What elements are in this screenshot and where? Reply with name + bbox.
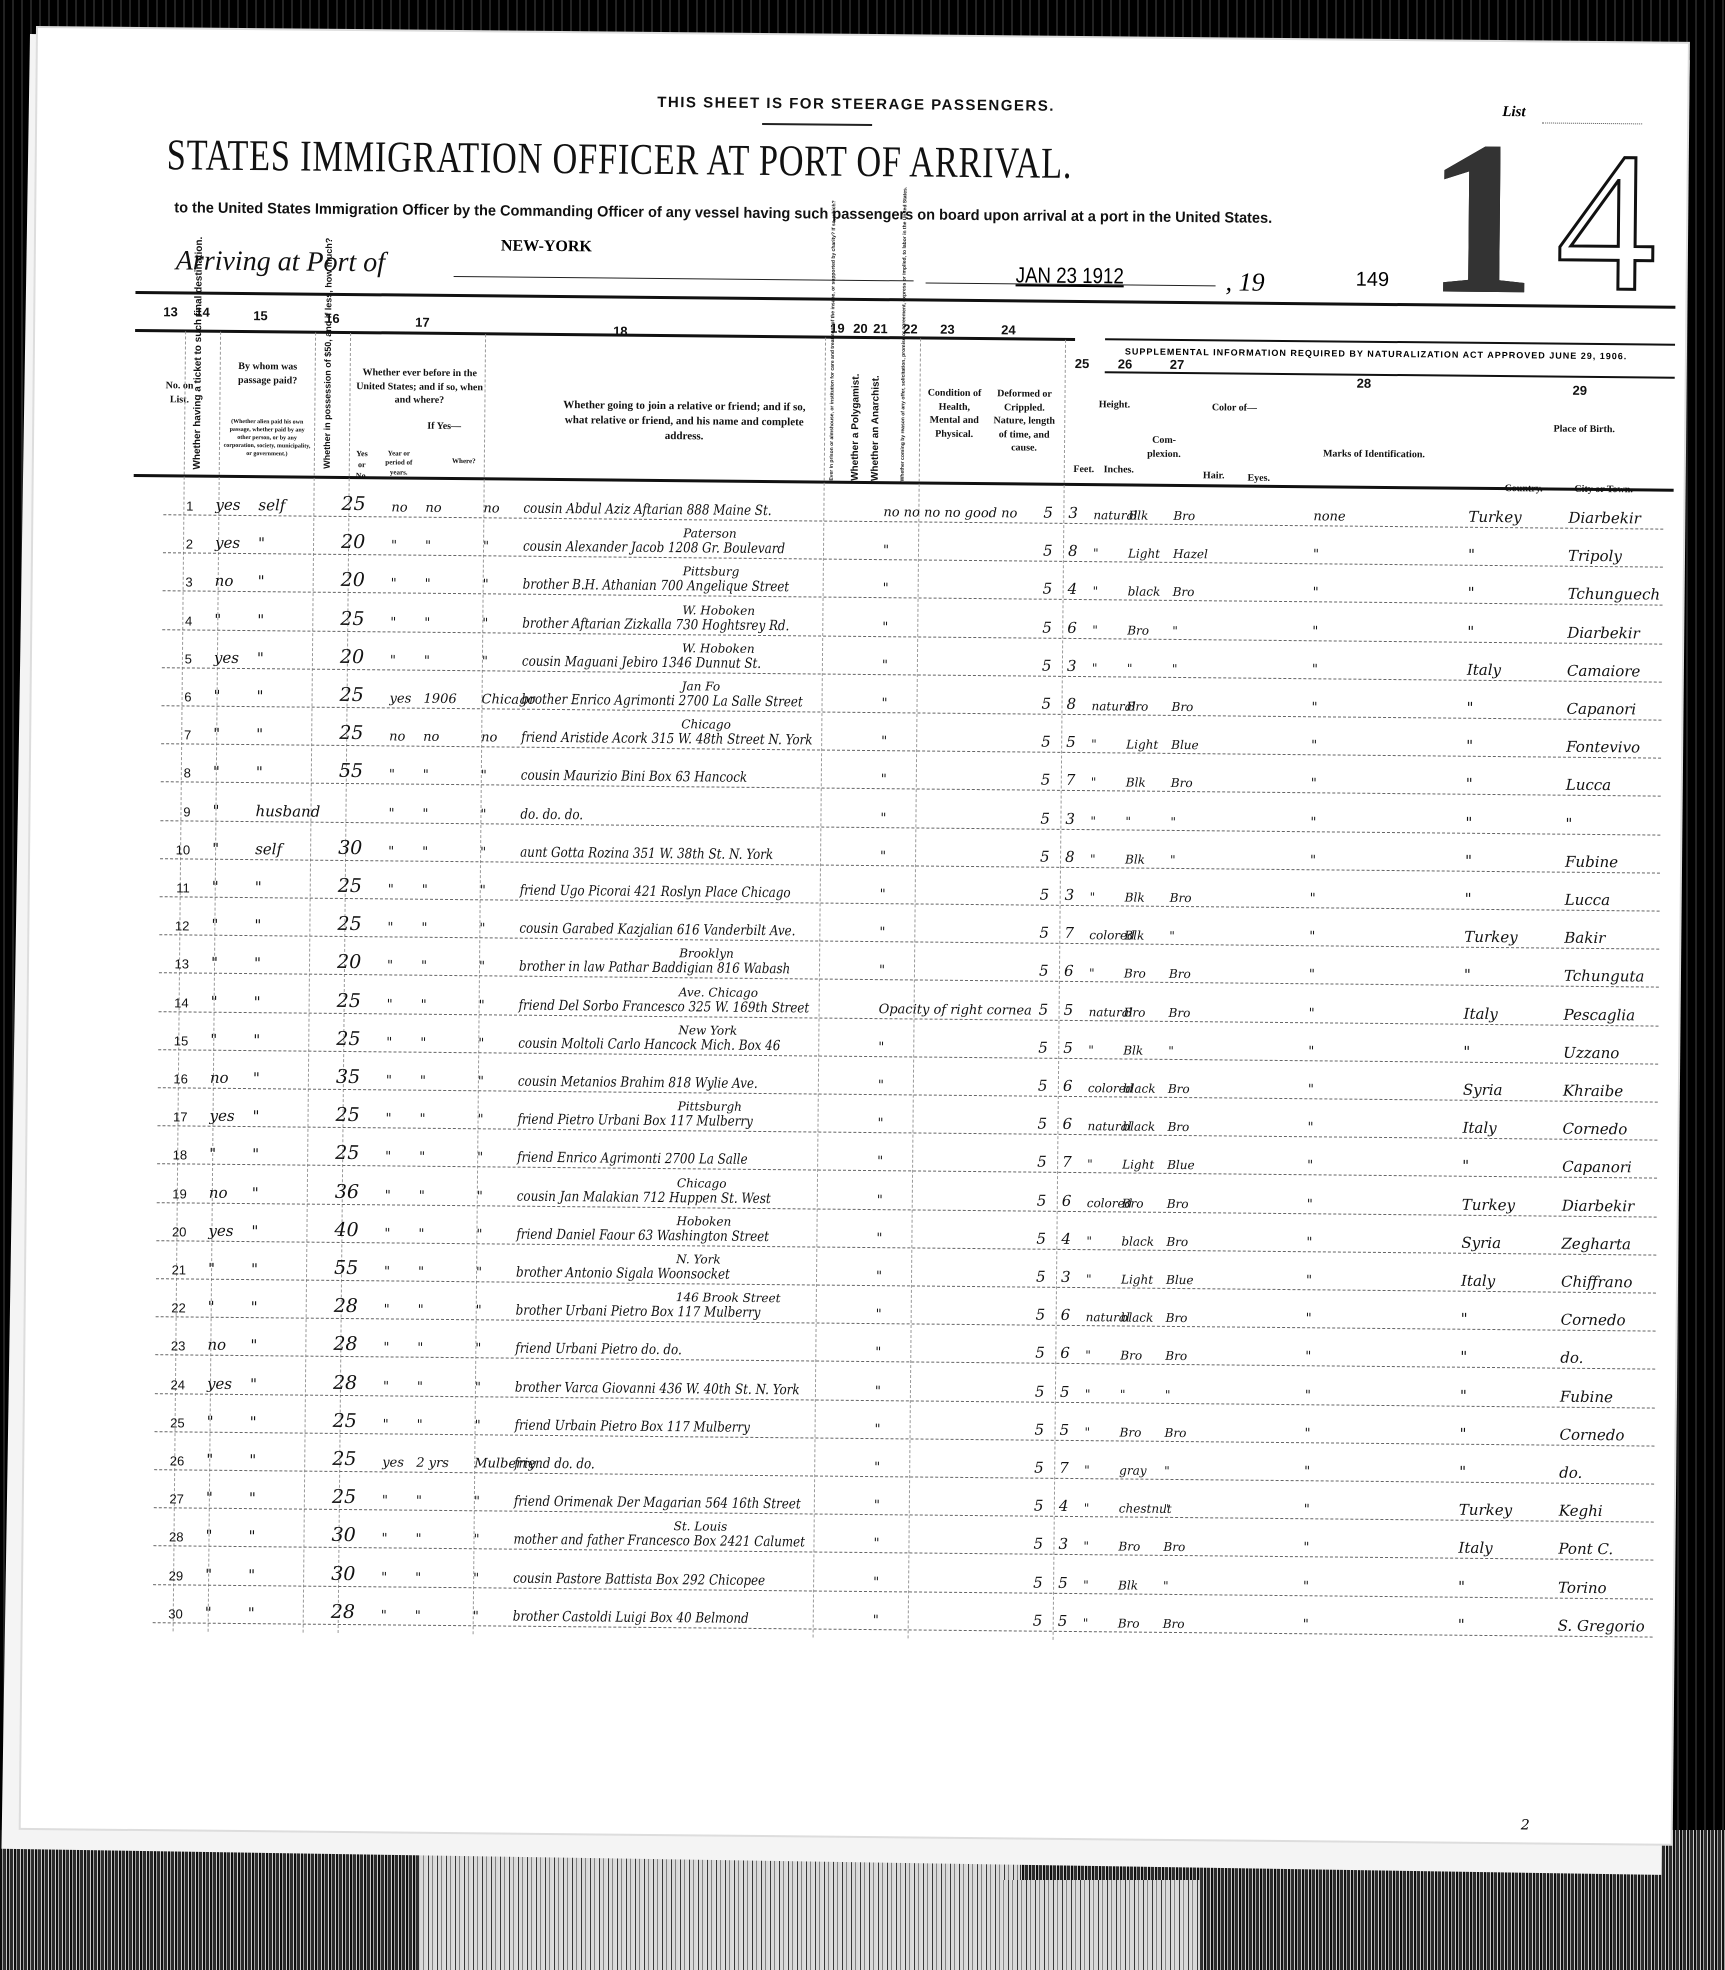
city-cell: Cornedo <box>1561 1311 1626 1330</box>
height-feet-cell: 5 <box>1039 924 1049 942</box>
marks-cell: none <box>1313 509 1345 524</box>
row-number: 18 <box>157 1148 187 1163</box>
eyes-cell: Bro <box>1168 1082 1190 1096</box>
money-cell: 28 <box>331 1601 355 1623</box>
relative-cell: brother Varca Giovanni 436 W. 40th St. N… <box>515 1379 800 1398</box>
where-cell: " <box>479 960 485 975</box>
table-row: 10 " self 30 " " " aunt Gotta Rozina 351… <box>160 833 1660 877</box>
complexion-cell: " <box>1084 1463 1090 1477</box>
relative-cell: brother Urbani Pietro Box 117 Mulberry <box>516 1303 761 1321</box>
years-cell: " <box>422 845 428 860</box>
paid-by-cell: " <box>254 993 261 1011</box>
complexion-cell: " <box>1089 967 1095 981</box>
before-us-cell: " <box>387 921 393 936</box>
city-cell: " <box>1565 814 1572 832</box>
years-cell: " <box>421 921 427 936</box>
column-number: 25 <box>1075 356 1090 371</box>
condition-cell: " <box>876 1269 882 1284</box>
hair-cell: Blk <box>1123 1043 1143 1057</box>
relative-city-cell: N. York <box>676 1252 721 1266</box>
city-cell: Pescaglia <box>1564 1005 1636 1024</box>
row-number: 13 <box>159 957 189 972</box>
row-rule <box>153 1584 1653 1599</box>
row-rule <box>154 1507 1654 1522</box>
year-prefix: , 19 <box>1225 267 1264 297</box>
table-row: 30 " " 28 " " " brother Castoldi Luigi B… <box>153 1597 1653 1641</box>
money-cell: 30 <box>331 1562 355 1584</box>
years-cell: " <box>420 1074 426 1089</box>
money-cell: 40 <box>334 1219 358 1241</box>
marks-cell: " <box>1303 1541 1309 1556</box>
eyes-cell: Bro <box>1170 891 1192 905</box>
column-number: 21 <box>873 321 888 336</box>
marks-cell: " <box>1306 1235 1312 1250</box>
city-cell: do. <box>1559 1464 1582 1482</box>
before-us-cell: " <box>388 882 394 897</box>
relative-cell: brother Enrico Agrimonti 2700 La Salle S… <box>521 692 802 711</box>
condition-cell: " <box>875 1384 881 1399</box>
relative-city-cell: St. Louis <box>674 1520 728 1535</box>
paid-by-cell: " <box>250 1413 257 1431</box>
eyes-cell: Hazel <box>1173 547 1208 561</box>
years-cell: " <box>417 1417 423 1432</box>
before-us-cell: " <box>387 997 393 1012</box>
eyes-cell: Blue <box>1171 738 1199 752</box>
eyes-cell: Bro <box>1173 509 1195 523</box>
country-cell: " <box>1468 546 1475 564</box>
paid-by-cell: " <box>258 534 265 552</box>
eyes-cell: Bro <box>1163 1617 1185 1631</box>
row-number: 14 <box>159 995 189 1010</box>
marks-cell: " <box>1311 777 1317 792</box>
eyes-cell: Bro <box>1171 700 1193 714</box>
condition-cell: " <box>877 1193 883 1208</box>
height-inches-cell: 6 <box>1062 1115 1072 1133</box>
row-number: 17 <box>157 1109 187 1124</box>
height-feet-cell: 5 <box>1043 580 1053 598</box>
condition-cell: " <box>874 1460 880 1475</box>
column-number: 23 <box>940 322 955 337</box>
eyes-cell: Bro <box>1171 776 1193 790</box>
row-number: 15 <box>158 1033 188 1048</box>
where-cell: no <box>483 501 499 516</box>
eyes-cell: Blue <box>1167 1158 1195 1172</box>
height-inches-cell: 8 <box>1068 542 1078 560</box>
city-cell: Bakir <box>1564 929 1605 947</box>
header-if-yes: If Yes— <box>414 420 474 434</box>
ticket-cell: " <box>210 1030 217 1048</box>
condition-cell: " <box>878 1078 884 1093</box>
marks-cell: " <box>1311 738 1317 753</box>
corner-mark: 2 <box>1521 1817 1530 1833</box>
hair-cell: Bro <box>1126 699 1148 713</box>
page-subtitle: to the United States Immigration Officer… <box>174 199 1272 227</box>
money-cell: 30 <box>331 1524 355 1546</box>
relative-cell: brother B.H. Athanian 700 Angelique Stre… <box>523 577 790 596</box>
money-cell: 20 <box>337 951 361 973</box>
eyes-cell: Bro <box>1166 1235 1188 1249</box>
row-number: 30 <box>153 1606 183 1621</box>
condition-cell: " <box>877 1154 883 1169</box>
divider <box>762 123 872 126</box>
marks-cell: " <box>1308 1044 1314 1059</box>
country-cell: " <box>1467 622 1474 640</box>
city-cell: Uzzano <box>1563 1043 1619 1062</box>
eyes-cell: Bro <box>1166 1311 1188 1325</box>
ticket-cell: no <box>209 1183 228 1201</box>
complexion-cell: " <box>1085 1349 1091 1363</box>
where-cell: no <box>481 730 497 745</box>
city-cell: Cornedo <box>1562 1120 1627 1139</box>
row-number: 28 <box>153 1530 183 1545</box>
height-inches-cell: 3 <box>1061 1268 1071 1286</box>
ticket-cell: " <box>214 610 221 628</box>
relative-city-cell: Chicago <box>681 717 731 731</box>
years-cell: " <box>417 1341 423 1356</box>
money-cell: 25 <box>337 990 361 1012</box>
condition-cell: " <box>883 582 889 597</box>
condition-cell: " <box>878 1040 884 1055</box>
paid-by-cell: " <box>251 1260 258 1278</box>
country-cell: Turkey <box>1464 928 1517 947</box>
row-number: 27 <box>154 1491 184 1506</box>
port-value: NEW-YORK <box>501 237 592 256</box>
table-row: 22 " " 28 " " " brother Urbani Pietro Bo… <box>156 1291 1656 1335</box>
relative-cell: aunt Gotta Rozina 351 W. 38th St. N. Yor… <box>520 844 773 862</box>
height-feet-cell: 5 <box>1038 1077 1048 1095</box>
paid-by-cell: " <box>254 916 261 934</box>
header-inches: Inches. <box>1099 463 1139 477</box>
eyes-cell: " <box>1164 1464 1170 1478</box>
height-inches-cell: 3 <box>1058 1535 1068 1553</box>
height-inches-cell: 6 <box>1061 1306 1071 1324</box>
where-cell: " <box>473 1533 479 1548</box>
condition-cell: " <box>879 925 885 940</box>
where-cell: " <box>476 1227 482 1242</box>
city-cell: Diarbekir <box>1567 623 1640 642</box>
height-inches-cell: 3 <box>1068 504 1078 522</box>
ticket-cell: no <box>207 1336 226 1354</box>
column-divider <box>1053 340 1066 1640</box>
marks-cell: " <box>1304 1464 1310 1479</box>
years-cell: " <box>425 577 431 592</box>
eyes-cell: Blue <box>1166 1273 1194 1287</box>
relative-cell: friend Orimenak Der Magarian 564 16th St… <box>514 1494 801 1513</box>
table-row: 2 yes " 20 " " " cousin Alexander Jacob … <box>163 527 1663 571</box>
height-feet-cell: 5 <box>1040 809 1050 827</box>
before-us-cell: " <box>387 959 393 974</box>
table-row: 12 " " 25 " " " cousin Garabed Kazjalian… <box>159 909 1659 953</box>
relative-cell: friend Urbain Pietro Box 117 Mulberry <box>515 1417 750 1435</box>
condition-cell: " <box>881 734 887 749</box>
country-cell: " <box>1462 1157 1469 1175</box>
condition-cell: no no no no good no <box>883 505 1017 521</box>
ticket-cell: yes <box>214 649 239 667</box>
hair-cell: Bro <box>1120 1425 1142 1439</box>
row-rule <box>156 1240 1656 1255</box>
row-rule <box>157 1164 1657 1179</box>
before-us-cell: yes <box>382 1455 404 1470</box>
condition-cell: " <box>880 887 886 902</box>
country-cell: " <box>1459 1463 1466 1481</box>
height-feet-cell: 5 <box>1041 733 1051 751</box>
header-no-on-list: No. on List. <box>164 379 194 406</box>
years-cell: 2 yrs <box>416 1456 449 1471</box>
height-feet-cell: 5 <box>1034 1497 1044 1515</box>
condition-cell: " <box>876 1231 882 1246</box>
condition-cell: " <box>874 1498 880 1513</box>
column-number: 15 <box>253 308 268 323</box>
header-complexion: Com-plexion. <box>1139 434 1189 461</box>
relative-cell: mother and father Francesco Box 2421 Cal… <box>513 1532 805 1551</box>
row-number: 9 <box>160 804 190 819</box>
complexion-cell: " <box>1087 1158 1093 1172</box>
relative-cell: friend Enrico Agrimonti 2700 La Salle <box>517 1150 748 1168</box>
header-where: Where? <box>449 457 479 467</box>
relative-cell: brother Aftarian Zizkalla 730 Hoghtsrey … <box>522 615 789 634</box>
header-money: Whether in possession of $50, and if les… <box>322 349 333 469</box>
hair-cell: " <box>1125 814 1131 828</box>
years-cell: 1906 <box>424 692 457 707</box>
height-feet-cell: 5 <box>1039 1000 1049 1018</box>
column-number: 13 <box>163 304 178 319</box>
height-feet-cell: 5 <box>1035 1344 1045 1362</box>
complexion-cell: " <box>1091 737 1097 751</box>
years-cell: " <box>424 654 430 669</box>
header-height: Height. <box>1084 398 1144 412</box>
table-row: 27 " " 25 " " " friend Orimenak Der Maga… <box>154 1482 1654 1526</box>
city-cell: Torino <box>1558 1578 1607 1596</box>
before-us-cell: " <box>386 1073 392 1088</box>
header-anarchist: Whether an Anarchist. <box>870 366 882 481</box>
height-feet-cell: 5 <box>1033 1573 1043 1591</box>
eyes-cell: " <box>1163 1578 1169 1592</box>
table-row: 29 " " 30 " " " cousin Pastore Battista … <box>153 1559 1653 1603</box>
row-rule <box>161 782 1661 797</box>
where-cell: " <box>478 1036 484 1051</box>
ticket-cell: " <box>208 1260 215 1278</box>
row-rule <box>156 1316 1656 1331</box>
hair-cell: Blk <box>1125 852 1145 866</box>
relative-city-cell: Hoboken <box>677 1214 732 1229</box>
before-us-cell: " <box>385 1112 391 1127</box>
height-feet-cell: 5 <box>1037 1191 1047 1209</box>
row-rule <box>163 552 1663 567</box>
table-row: 14 " " 25 " " " friend Del Sorbo Frances… <box>159 986 1659 1030</box>
row-number: 4 <box>162 613 192 628</box>
header-eyes: Eyes. <box>1239 472 1279 486</box>
date-stamp: JAN 23 1912 <box>1016 262 1124 289</box>
marks-cell: " <box>1313 547 1319 562</box>
hair-cell: Light <box>1128 547 1160 561</box>
eyes-cell: " <box>1169 929 1175 943</box>
height-inches-cell: 7 <box>1062 1153 1072 1171</box>
height-inches-cell: 6 <box>1060 1344 1070 1362</box>
complexion-cell: " <box>1093 585 1099 599</box>
country-cell: " <box>1465 852 1472 870</box>
table-row: 26 " " 25 yes 2 yrs Mulberry friend do. … <box>154 1444 1654 1488</box>
complexion-cell: " <box>1085 1425 1091 1439</box>
marks-cell: " <box>1312 662 1318 677</box>
row-rule <box>160 820 1660 835</box>
city-cell: Keghi <box>1559 1502 1603 1520</box>
column-divider <box>208 332 221 1632</box>
hair-cell: Blk <box>1118 1578 1138 1592</box>
ticket-cell: " <box>214 687 221 705</box>
before-us-cell: yes <box>390 691 412 706</box>
city-cell: Pont C. <box>1558 1540 1613 1559</box>
relative-cell: do. do. do. <box>520 806 583 823</box>
hair-cell: gray <box>1119 1463 1146 1477</box>
ticket-cell: no <box>210 1069 229 1087</box>
list-label: List <box>1502 104 1526 121</box>
marks-cell: " <box>1307 1159 1313 1174</box>
relative-cell: friend Ugo Picorai 421 Roslyn Place Chic… <box>520 883 791 902</box>
supplemental-title: SUPPLEMENTAL INFORMATION REQUIRED BY NAT… <box>1125 346 1627 361</box>
money-cell: 20 <box>341 531 365 553</box>
table-row: 15 " " 25 " " " cousin Moltoli Carlo Han… <box>158 1024 1658 1068</box>
relative-cell: cousin Pastore Battista Box 292 Chicopee <box>513 1570 765 1588</box>
header-country: Country. <box>1494 482 1554 496</box>
row-rule <box>156 1278 1656 1293</box>
row-number: 5 <box>162 651 192 666</box>
marks-cell: " <box>1303 1617 1309 1632</box>
money-cell: 25 <box>341 493 365 515</box>
row-rule <box>160 896 1660 911</box>
condition-cell: " <box>875 1422 881 1437</box>
ticket-cell: no <box>215 572 234 590</box>
ticket-cell: " <box>206 1489 213 1507</box>
height-feet-cell: 5 <box>1035 1420 1045 1438</box>
header-city: City or Town. <box>1564 483 1644 497</box>
port-label: Arriving at Port of <box>176 245 386 279</box>
paid-by-cell: self <box>258 496 285 514</box>
before-us-cell: " <box>384 1303 390 1318</box>
city-cell: Diarbekir <box>1562 1196 1635 1215</box>
steerage-banner: THIS SHEET IS FOR STEERAGE PASSENGERS. <box>657 94 1055 115</box>
years-cell: " <box>421 959 427 974</box>
row-number: 23 <box>155 1339 185 1354</box>
ticket-cell: yes <box>215 534 240 552</box>
header-yes-no: Yes or No. <box>352 449 372 482</box>
ticket-cell: " <box>213 725 220 743</box>
height-inches-cell: 4 <box>1061 1230 1071 1248</box>
complexion-cell: " <box>1084 1501 1090 1515</box>
years-cell: " <box>415 1532 421 1547</box>
eyes-cell: Bro <box>1163 1540 1185 1554</box>
before-us-cell: " <box>388 806 394 821</box>
paid-by-cell: " <box>253 1069 260 1087</box>
money-cell: 25 <box>332 1486 356 1508</box>
header-contract: Whether coming by reason of any offer, s… <box>900 366 907 481</box>
row-number: 2 <box>163 536 193 551</box>
paid-by-cell: " <box>249 1451 256 1469</box>
relative-cell: cousin Jan Malakian 712 Huppen St. West <box>517 1188 771 1206</box>
condition-cell: " <box>880 811 886 826</box>
row-number: 24 <box>155 1377 185 1392</box>
before-us-cell: no <box>391 500 407 515</box>
relative-cell: cousin Maguani Jebiro 1346 Dunnut St. <box>522 653 761 671</box>
manifest-sheet: THIS SHEET IS FOR STEERAGE PASSENGERS. S… <box>21 28 1688 1844</box>
height-inches-cell: 7 <box>1064 924 1074 942</box>
marks-cell: " <box>1310 891 1316 906</box>
height-feet-cell: 5 <box>1042 618 1052 636</box>
height-feet-cell: 5 <box>1043 504 1053 522</box>
relative-cell: friend Urbani Pietro do. do. <box>515 1341 682 1359</box>
column-divider <box>173 331 186 1631</box>
height-feet-cell: 5 <box>1042 656 1052 674</box>
condition-cell: " <box>882 620 888 635</box>
eyes-cell: " <box>1165 1387 1171 1401</box>
table-row: 20 yes " 40 " " " friend Daniel Faour 63… <box>156 1215 1656 1259</box>
relative-cell: cousin Abdul Aziz Aftarian 888 Maine St. <box>523 501 771 519</box>
height-inches-cell: 6 <box>1063 1077 1073 1095</box>
row-rule <box>158 1049 1658 1064</box>
eyes-cell: Bro <box>1167 1196 1189 1210</box>
ticket-cell: " <box>212 840 219 858</box>
relative-city-cell: Jan Fo <box>682 679 721 693</box>
ticket-cell: " <box>213 763 220 781</box>
where-cell: " <box>476 1303 482 1318</box>
money-cell: 25 <box>335 1142 359 1164</box>
condition-cell: " <box>873 1613 879 1628</box>
row-rule <box>153 1546 1653 1561</box>
column-number: 27 <box>1170 357 1185 372</box>
marks-cell: " <box>1311 700 1317 715</box>
hair-cell: Blk <box>1125 890 1145 904</box>
row-number: 3 <box>163 575 193 590</box>
paid-by-cell: husband <box>255 802 320 821</box>
height-inches-cell: 5 <box>1060 1382 1070 1400</box>
where-cell: " <box>475 1380 481 1395</box>
complexion-cell: " <box>1093 546 1099 560</box>
header-color-of: Color of— <box>1194 401 1274 415</box>
condition-cell: " <box>881 696 887 711</box>
years-cell: " <box>420 1036 426 1051</box>
row-number: 16 <box>158 1071 188 1086</box>
marks-cell: " <box>1306 1311 1312 1326</box>
row-number: 6 <box>162 689 192 704</box>
height-feet-cell: 5 <box>1036 1306 1046 1324</box>
condition-cell: " <box>883 543 889 558</box>
where-cell: " <box>473 1609 479 1624</box>
height-feet-cell: 5 <box>1036 1229 1046 1247</box>
complexion-cell: " <box>1085 1387 1091 1401</box>
country-cell: Italy <box>1464 1004 1498 1022</box>
condition-cell: " <box>873 1536 879 1551</box>
paid-by-cell: " <box>250 1336 257 1354</box>
complexion-cell: " <box>1092 661 1098 675</box>
ticket-cell: " <box>211 992 218 1010</box>
country-cell: " <box>1458 1577 1465 1595</box>
country-cell: Turkey <box>1462 1195 1515 1214</box>
money-cell: 25 <box>333 1410 357 1432</box>
ticket-cell: " <box>206 1451 213 1469</box>
before-us-cell: " <box>384 1264 390 1279</box>
height-feet-cell: 5 <box>1037 1153 1047 1171</box>
country-cell: " <box>1460 1348 1467 1366</box>
city-cell: Capanori <box>1562 1158 1632 1177</box>
column-divider <box>338 333 351 1633</box>
city-cell: Khraibe <box>1563 1082 1623 1101</box>
height-inches-cell: 5 <box>1064 1000 1074 1018</box>
height-inches-cell: 4 <box>1059 1497 1069 1515</box>
city-cell: S. Gregorio <box>1558 1616 1645 1635</box>
complexion-cell: " <box>1086 1272 1092 1286</box>
table-row: 11 " " 25 " " " friend Ugo Picorai 421 R… <box>160 871 1660 915</box>
row-rule <box>155 1355 1655 1370</box>
column-number: 29 <box>1573 383 1588 398</box>
